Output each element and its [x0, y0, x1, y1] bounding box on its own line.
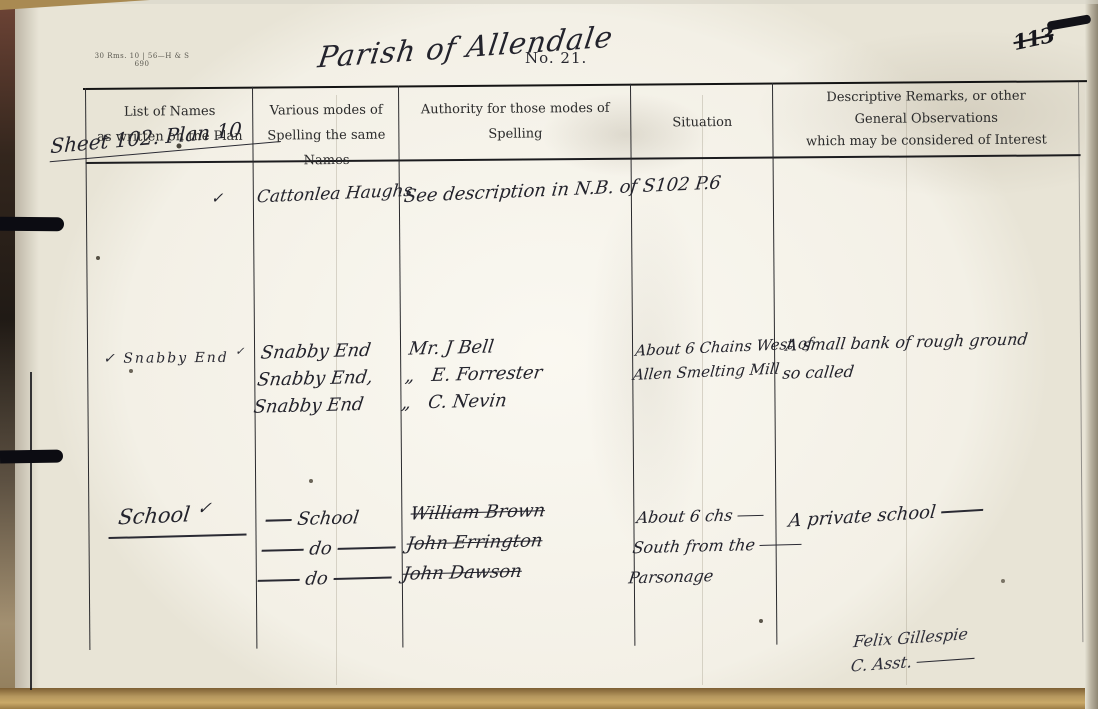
plate-code-line1: 30 Rms. 10 | 56—H & S [86, 52, 198, 60]
binding-lace-top [0, 217, 64, 232]
header-line: as written on the Plan [87, 124, 252, 150]
row2-name-entry: ✓ Snabby End ✓ [103, 350, 247, 367]
pen-stroke [760, 544, 802, 546]
page-bottom-edge [0, 688, 1098, 709]
header-line: General Observations [774, 107, 1078, 131]
header-line: Descriptive Remarks, or other [774, 85, 1078, 109]
row1-check-mark: ✓ [211, 189, 224, 207]
page-crease-line [30, 372, 32, 690]
authority-line: „ E. Forrester [403, 359, 544, 390]
row2-authority-entries: Mr. J Bell „ E. Forrester „ C. Nevin [400, 332, 548, 417]
row2-remarks-entry: A small bank of rough ground so called [781, 325, 1029, 387]
table-header-separator [86, 154, 1081, 163]
spelling-line: do [256, 562, 394, 595]
pen-stroke [258, 579, 300, 581]
authority-line: „ C. Nevin [400, 386, 541, 417]
row3-name-text: School [117, 502, 191, 529]
plate-code-line2: 690 [86, 60, 198, 68]
remarks-line: so called [781, 354, 1026, 388]
ditto-mark: „ [400, 393, 412, 414]
page-left-binding-edge [0, 0, 15, 709]
page-corner-wedge [0, 0, 150, 10]
row3-remarks-entry: A private school [788, 499, 985, 532]
check-mark: ✓ [103, 351, 117, 367]
situation-line: South from the [631, 529, 804, 563]
row3-spelling-entries: School do do [256, 502, 402, 596]
header-situation: Situation [632, 110, 772, 136]
binding-lace-bottom [0, 449, 63, 463]
row1-spelling-entry: Cattonlea Haughs [256, 181, 414, 208]
authority-line-struck: John Errington [405, 526, 545, 560]
row2-name-text: Snabby End [123, 350, 229, 367]
ditto-mark: „ [404, 365, 416, 386]
name-book-table: List of Names as written on the Plan Var… [85, 80, 1084, 650]
header-line: Various modes of [254, 98, 398, 124]
surveyor-signature: Felix Gillespie C. Asst. [850, 621, 979, 678]
pen-stroke [738, 515, 764, 517]
pen-stroke [266, 519, 292, 521]
ink-blot [1047, 14, 1092, 31]
header-descriptive-remarks: Descriptive Remarks, or other General Ob… [774, 85, 1079, 153]
pen-stroke [333, 577, 391, 580]
row3-situation-entry: About 6 chs South from the Parsonage [627, 499, 808, 594]
authority-line-struck: John Dawson [401, 556, 541, 590]
table-column-line [1078, 80, 1084, 642]
authority-line-struck: William Brown [409, 496, 549, 530]
header-various-modes: Various modes of Spelling the same Names [254, 98, 399, 174]
page-left-shadow [15, 0, 39, 709]
spelling-line: Snabby End, [256, 364, 375, 394]
header-line: List of Names [87, 99, 252, 125]
pen-stroke [941, 509, 983, 513]
spelling-line: School [264, 502, 402, 535]
check-mark: ✓ [235, 345, 246, 358]
header-line: Spelling the same Names [254, 123, 398, 174]
corner-number: 113 [1011, 22, 1056, 55]
spelling-line: Snabby End [259, 337, 378, 367]
header-line: which may be considered of Interest [774, 129, 1078, 153]
pen-stroke [337, 547, 395, 550]
pen-stroke [262, 549, 304, 551]
ink-specks [0, 0, 2, 2]
page-number: No. 21. [525, 49, 587, 67]
plate-code: 30 Rms. 10 | 56—H & S 690 [86, 52, 198, 68]
header-list-of-names: List of Names as written on the Plan [87, 99, 252, 150]
row3-authority-entries: William Brown John Errington John Dawson [401, 496, 549, 590]
corner-ink-mark: 113 [1005, 12, 1085, 57]
authority-line: Mr. J Bell [407, 332, 548, 363]
table-column-line [85, 88, 91, 650]
row2-spelling-entries: Snabby End Snabby End, Snabby End [252, 337, 378, 421]
page-right-edge [1085, 0, 1098, 709]
page-top-edge [0, 0, 1098, 4]
scanned-name-book-page: 30 Rms. 10 | 56—H & S 690 Parish of Alle… [0, 0, 1098, 709]
row3-name-entry: School ✓ [117, 501, 212, 529]
row3-name-underline [109, 534, 247, 539]
situation-line: About 6 chs [635, 499, 808, 533]
spelling-line: do [260, 532, 398, 565]
table-column-line [398, 86, 404, 648]
header-authority: Authority for those modes of Spelling [400, 96, 630, 148]
header-line: Spelling [400, 121, 630, 148]
spelling-line: Snabby End [252, 391, 371, 421]
row1-authority-entry: See description in N.B. of S102 P.6 [403, 172, 722, 207]
pen-stroke [917, 658, 975, 663]
situation-line: Parsonage [627, 559, 800, 593]
check-mark: ✓ [196, 497, 212, 518]
header-line: Authority for those modes of [400, 96, 630, 123]
